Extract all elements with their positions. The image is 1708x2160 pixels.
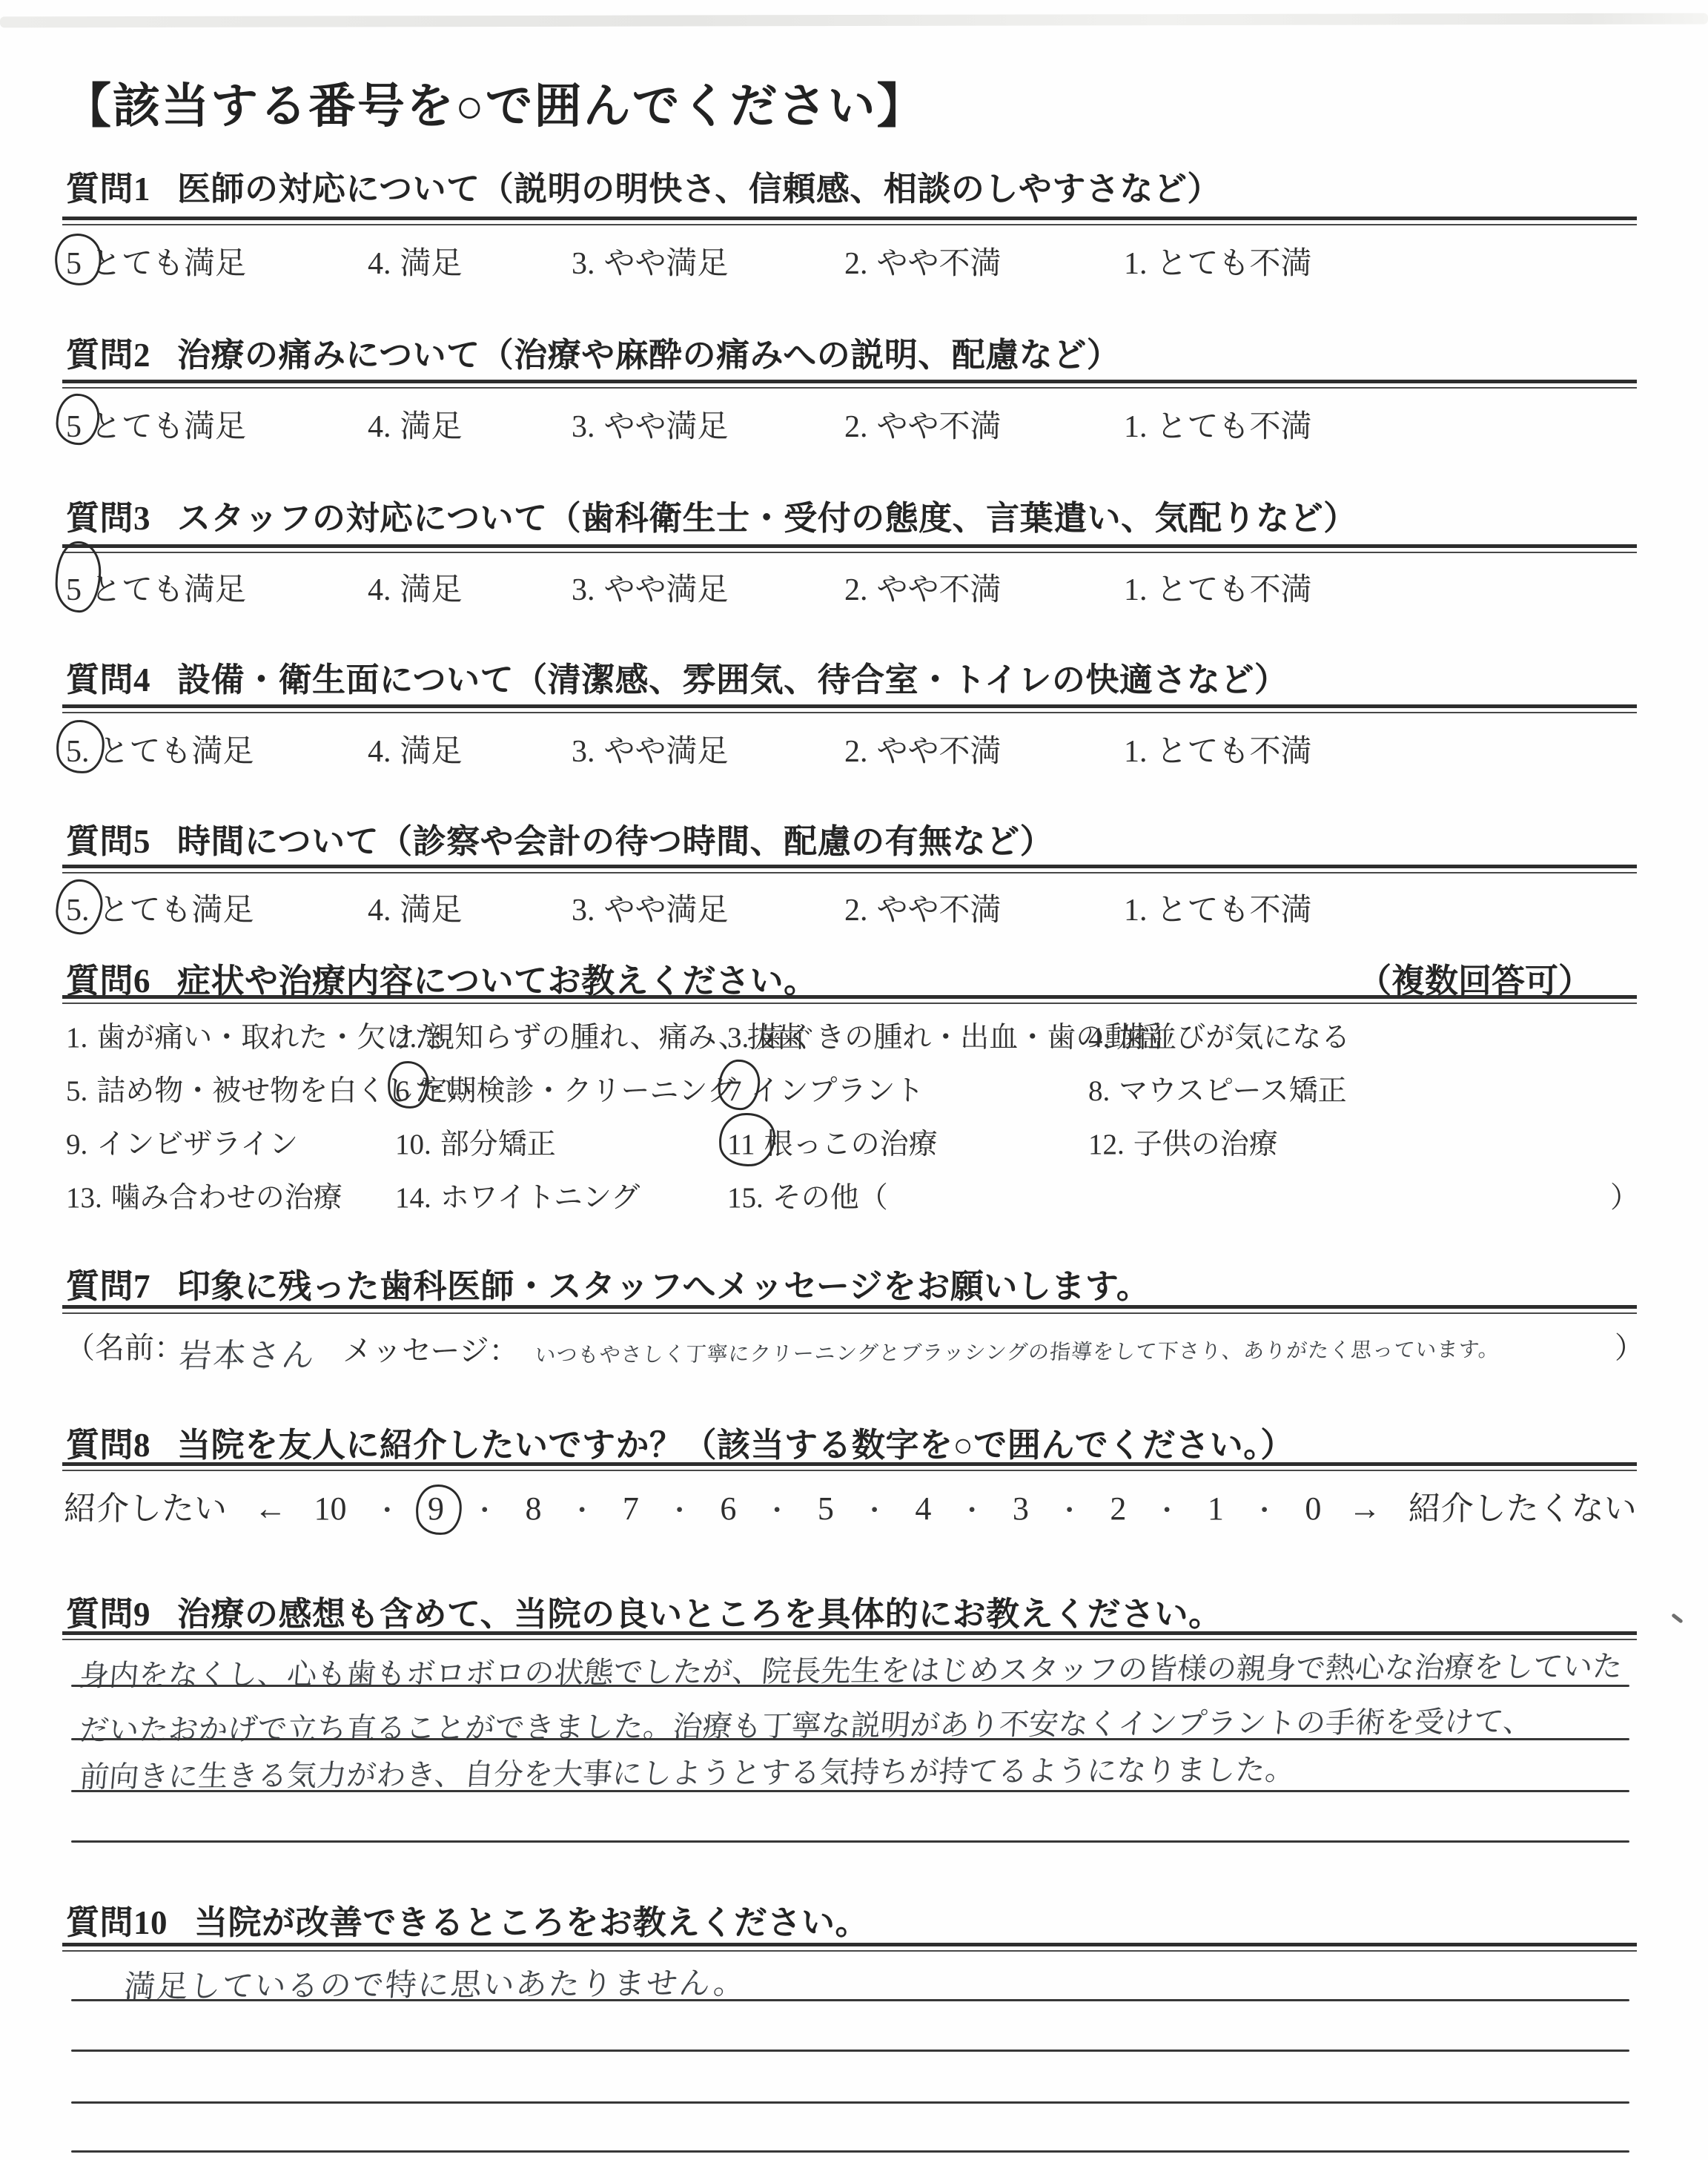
option-label: やや満足 (604, 735, 729, 769)
q7-close-paren: ） (1615, 1324, 1644, 1367)
q6-item-12: 12.子供の治療 (1088, 1121, 1278, 1163)
question-6-rule (62, 995, 1637, 1004)
question-5-number: 質問5 (66, 823, 150, 860)
scan-artifact-speck (1671, 1613, 1683, 1623)
question-9-text: 治療の感想も含めて、当院の良いところを具体的にお教えください。 (177, 1596, 1222, 1633)
q6-item-11: 11根っこの治療 (727, 1121, 938, 1163)
rating-option-3: 3.やや満足 (572, 885, 729, 930)
q7-name-handwritten: 岩本さん (177, 1328, 317, 1376)
item-label: 歯並びが気になる (1119, 1022, 1350, 1054)
question-2-header: 質問2治療の痛みについて（治療や麻酔の痛みへの説明、配慮など） (66, 328, 1120, 376)
item-label: 定期検診・クリーニング (419, 1075, 736, 1107)
option-label: やや満足 (604, 573, 729, 607)
q6-other-close-paren: ） (1610, 1175, 1639, 1216)
option-number: 1. (1124, 247, 1148, 281)
item-label: ホワイトニング (440, 1182, 640, 1214)
question-7-text: 印象に残った歯科医師・スタッフへメッセージをお願いします。 (177, 1268, 1150, 1305)
right-arrow-icon: → (1348, 1490, 1381, 1527)
question-5-text: 時間について（診察や会計の待つ時間、配慮の有無など） (177, 823, 1053, 860)
rating-option-3: 3.やや満足 (572, 565, 729, 610)
rating-option-2: 2.やや不満 (844, 727, 1002, 771)
question-3-options: 5とても満足 4.満足 3.やや満足 2.やや不満 1.とても不満 (0, 565, 1708, 610)
survey-title: 【該当する番号を○で囲んでください】 (64, 68, 926, 136)
dot-separator: ・ (1056, 1490, 1083, 1527)
option-number: 3. (572, 247, 595, 281)
item-number: 4. (1088, 1022, 1110, 1054)
answer-rule-line (71, 1999, 1629, 2001)
option-number: 4. (368, 573, 391, 607)
option-label: とても満足 (99, 894, 254, 928)
rating-option-2: 2.やや不満 (844, 239, 1002, 283)
question-6-row-3: 9.インビザライン 10.部分矯正 11根っこの治療 12.子供の治療 (0, 1121, 1708, 1163)
nps-9-selected: 9 (428, 1490, 444, 1527)
answer-rule-line (71, 2150, 1629, 2153)
nps-scale-row: 紹介したい ← 10 ・ 9 ・ 8 ・ 7 ・ 6 ・ 5 ・ 4 ・ 3 ・… (64, 1482, 1637, 1529)
rating-option-5: 5.とても満足 (66, 885, 254, 930)
question-4-number: 質問4 (66, 661, 150, 698)
option-number: 4. (368, 247, 391, 281)
q7-name-label: （名前： (65, 1324, 184, 1367)
option-number: 1. (1124, 410, 1148, 444)
dot-separator: ・ (374, 1490, 400, 1527)
item-label: 部分矯正 (440, 1129, 556, 1160)
rating-option-1: 1.とても不満 (1124, 727, 1312, 771)
q6-item-10: 10.部分矯正 (395, 1121, 556, 1163)
q6-item-14: 14.ホワイトニング (395, 1175, 640, 1216)
option-number: 2. (844, 894, 868, 928)
dot-separator: ・ (764, 1490, 790, 1527)
handdrawn-circle (414, 1483, 464, 1536)
option-label: とても不満 (1156, 247, 1312, 281)
handwritten-answer-line-2: だいたおかげで立ち直ることができました。治療も丁寧な説明があり不安なくインプラン… (78, 1698, 1535, 1749)
answer-rule-line (71, 2050, 1629, 2052)
option-number: 4. (368, 894, 391, 928)
option-label: とても満足 (90, 247, 246, 281)
nps-3: 3 (1013, 1490, 1029, 1527)
rating-option-3: 3.やや満足 (572, 402, 729, 446)
question-4-options: 5.とても満足 4.満足 3.やや満足 2.やや不満 1.とても不満 (0, 727, 1708, 771)
answer-rule-line (71, 1840, 1629, 1843)
q6-item-4: 4.歯並びが気になる (1088, 1014, 1350, 1056)
question-1-options: 5とても満足 4.満足 3.やや満足 2.やや不満 1.とても不満 (0, 239, 1708, 283)
handdrawn-circle (53, 877, 105, 937)
question-2-number: 質問2 (66, 337, 150, 374)
option-number: 1. (1124, 894, 1148, 928)
rating-option-2: 2.やや不満 (844, 565, 1002, 610)
question-1-text: 医師の対応について（説明の明快さ、信頼感、相談のしやすさなど） (177, 171, 1221, 208)
answer-rule-line (71, 1790, 1629, 1792)
nps-1: 1 (1208, 1490, 1224, 1527)
rating-option-4: 4.満足 (368, 565, 463, 610)
item-label: 子供の治療 (1133, 1129, 1278, 1160)
question-10-number: 質問10 (66, 1904, 168, 1941)
nps-left-label: 紹介したい (64, 1482, 227, 1529)
option-label: やや不満 (877, 410, 1002, 444)
question-6-row-4: 13.噛み合わせの治療 14.ホワイトニング 15.その他（ (0, 1175, 1708, 1216)
option-label: やや満足 (604, 247, 729, 281)
option-label: とても不満 (1156, 573, 1312, 607)
question-3-rule (62, 544, 1637, 553)
option-number: 2. (844, 573, 868, 607)
question-3-header: 質問3スタッフの対応について（歯科衛生士・受付の態度、言葉遣い、気配りなど） (66, 491, 1357, 539)
option-label: 満足 (400, 573, 463, 607)
nps-10: 10 (314, 1490, 346, 1527)
question-3-text: スタッフの対応について（歯科衛生士・受付の態度、言葉遣い、気配りなど） (177, 500, 1357, 537)
rating-option-1: 1.とても不満 (1124, 239, 1312, 283)
item-number: 8. (1088, 1075, 1110, 1107)
question-1-rule (62, 217, 1637, 225)
question-8-rule (62, 1462, 1637, 1471)
item-label: その他（ (772, 1182, 888, 1214)
question-5-rule (62, 865, 1637, 873)
item-label: 歯が痛い・取れた・欠けた (96, 1022, 443, 1054)
nps-right-label: 紹介したくない (1409, 1482, 1637, 1529)
q6-item-8: 8.マウスピース矯正 (1088, 1068, 1347, 1109)
question-2-options: 5とても満足 4.満足 3.やや満足 2.やや不満 1.とても不満 (0, 402, 1708, 446)
rating-option-3: 3.やや満足 (572, 727, 729, 771)
question-2-text: 治療の痛みについて（治療や麻酔の痛みへの説明、配慮など） (177, 337, 1120, 374)
option-number: 3. (572, 735, 595, 769)
option-label: やや不満 (877, 573, 1002, 607)
survey-scan-page: 【該当する番号を○で囲んでください】 質問1医師の対応について（説明の明快さ、信… (0, 0, 1708, 2160)
question-1-header: 質問1医師の対応について（説明の明快さ、信頼感、相談のしやすさなど） (66, 162, 1221, 210)
answer-rule-line (71, 1685, 1629, 1687)
option-number: 2. (844, 735, 868, 769)
option-label: やや満足 (604, 894, 729, 928)
option-label: やや満足 (604, 410, 729, 444)
item-label: マウスピース矯正 (1119, 1075, 1346, 1107)
dot-separator: ・ (861, 1490, 888, 1527)
item-number: 2. (395, 1022, 417, 1054)
option-label: 満足 (400, 894, 463, 928)
question-4-rule (62, 704, 1637, 713)
dot-separator: ・ (959, 1490, 985, 1527)
question-4-header: 質問4設備・衛生面について（清潔感、雰囲気、待合室・トイレの快適さなど） (66, 653, 1288, 701)
rating-option-5: 5とても満足 (66, 239, 246, 283)
item-number: 1. (66, 1022, 87, 1054)
item-number: 15. (727, 1182, 764, 1214)
scan-artifact-streak (0, 13, 1708, 28)
rating-option-4: 4.満足 (368, 239, 463, 283)
option-number: 3. (572, 410, 595, 444)
option-label: とても不満 (1156, 735, 1312, 769)
nps-0: 0 (1305, 1490, 1321, 1527)
option-label: とても不満 (1156, 894, 1312, 928)
item-number: 12. (1088, 1129, 1125, 1160)
item-label: 噛み合わせの治療 (111, 1182, 342, 1214)
option-label: とても満足 (90, 573, 246, 607)
question-5-options: 5.とても満足 4.満足 3.やや満足 2.やや不満 1.とても不満 (0, 885, 1708, 930)
option-label: やや不満 (877, 735, 1002, 769)
option-label: 満足 (400, 247, 463, 281)
nps-6: 6 (720, 1490, 736, 1527)
dot-separator: ・ (471, 1490, 498, 1527)
question-4-text: 設備・衛生面について（清潔感、雰囲気、待合室・トイレの快適さなど） (177, 661, 1288, 698)
question-10-header: 質問10当院が改善できるところをお教えください。 (66, 1895, 869, 1943)
nps-5: 5 (818, 1490, 834, 1527)
question-6-text: 症状や治療内容についてお教えください。 (177, 962, 818, 1000)
option-label: とても満足 (99, 735, 254, 769)
dot-separator: ・ (569, 1490, 595, 1527)
rating-option-4: 4.満足 (368, 885, 463, 930)
answer-rule-line (71, 1738, 1629, 1740)
item-number: 5. (66, 1075, 87, 1107)
dot-separator: ・ (1251, 1490, 1278, 1527)
option-number: 3. (572, 573, 595, 607)
question-10-rule (62, 1943, 1637, 1952)
item-number: 3. (727, 1022, 749, 1054)
item-number: 13. (66, 1182, 102, 1214)
question-7-rule (62, 1305, 1637, 1314)
item-label: インプラント (751, 1075, 924, 1107)
option-label: とても不満 (1156, 410, 1312, 444)
question-8-header: 質問8当院を友人に紹介したいですか？（該当する数字を○で囲んでください。） (66, 1418, 1294, 1466)
item-number: 10. (395, 1129, 431, 1160)
question-9-number: 質問9 (66, 1596, 150, 1633)
question-5-header: 質問5時間について（診察や会計の待つ時間、配慮の有無など） (66, 814, 1053, 862)
option-label: とても満足 (90, 410, 246, 444)
option-number: 3. (572, 894, 595, 928)
q6-item-6: 6定期検診・クリーニング (395, 1068, 736, 1109)
question-9-rule (62, 1631, 1637, 1640)
question-7-header: 質問7印象に残った歯科医師・スタッフへメッセージをお願いします。 (66, 1259, 1150, 1307)
option-number: 4. (368, 410, 391, 444)
answer-rule-line (71, 2101, 1629, 2104)
option-number: 1. (1124, 735, 1148, 769)
question-2-rule (62, 380, 1637, 389)
q6-item-15: 15.その他（ (727, 1175, 888, 1216)
left-arrow-icon: ← (254, 1490, 287, 1527)
rating-option-1: 1.とても不満 (1124, 565, 1312, 610)
question-8-number: 質問8 (66, 1427, 150, 1464)
rating-option-2: 2.やや不満 (844, 402, 1002, 446)
rating-option-5: 5とても満足 (66, 402, 246, 446)
question-3-number: 質問3 (66, 500, 150, 537)
question-6-number: 質問6 (66, 962, 150, 1000)
dot-separator: ・ (1153, 1490, 1180, 1527)
q6-item-1: 1.歯が痛い・取れた・欠けた (66, 1014, 443, 1056)
question-10-text: 当院が改善できるところをお教えください。 (194, 1904, 869, 1941)
question-9-header: 質問9治療の感想も含めて、当院の良いところを具体的にお教えください。 (66, 1587, 1222, 1635)
rating-option-1: 1.とても不満 (1124, 402, 1312, 446)
nps-8: 8 (525, 1490, 541, 1527)
rating-option-5: 5.とても満足 (66, 727, 254, 771)
option-number: 2. (844, 247, 868, 281)
question-6-row-1: 1.歯が痛い・取れた・欠けた 2.親知らずの腫れ、痛み、抜歯 3.歯ぐきの腫れ・… (0, 1014, 1708, 1056)
option-number: 1. (1124, 573, 1148, 607)
nps-7: 7 (623, 1490, 639, 1527)
rating-option-3: 3.やや満足 (572, 239, 729, 283)
q6-item-13: 13.噛み合わせの治療 (66, 1175, 342, 1216)
question-7-number: 質問7 (66, 1268, 150, 1305)
question-1-number: 質問1 (66, 171, 150, 208)
rating-option-5: 5とても満足 (66, 565, 246, 610)
option-number: 2. (844, 410, 868, 444)
item-label: 根っこの治療 (764, 1129, 938, 1160)
question-8-text: 当院を友人に紹介したいですか？（該当する数字を○で囲んでください。） (177, 1427, 1294, 1464)
item-label: インビザライン (96, 1129, 298, 1160)
option-label: やや不満 (877, 894, 1002, 928)
option-label: 満足 (400, 735, 463, 769)
item-number: 9. (66, 1129, 87, 1160)
option-label: やや不満 (877, 247, 1002, 281)
rating-option-4: 4.満足 (368, 402, 463, 446)
rating-option-4: 4.満足 (368, 727, 463, 771)
option-label: 満足 (400, 410, 463, 444)
item-number: 14. (395, 1182, 431, 1214)
rating-option-2: 2.やや不満 (844, 885, 1002, 930)
q6-item-7: 7インプラント (727, 1068, 924, 1109)
q7-message-handwritten: いつもやさしく丁寧にクリーニングとブラッシングの指導をして下さり、ありがたく思っ… (534, 1333, 1501, 1369)
rating-option-1: 1.とても不満 (1124, 885, 1312, 930)
dot-separator: ・ (666, 1490, 693, 1527)
q6-item-9: 9.インビザライン (66, 1121, 298, 1163)
option-number: 4. (368, 735, 391, 769)
nps-4: 4 (915, 1490, 931, 1527)
nps-2: 2 (1110, 1490, 1126, 1527)
q7-message-label: メッセージ： (342, 1327, 519, 1370)
question-6-row-2: 5.詰め物・被せ物を白くしたい 6定期検診・クリーニング 7インプラント 8.マ… (0, 1068, 1708, 1109)
handwritten-answer-line-3: 前向きに生きる気力がわき、自分を大事にしようとする気持ちが持てるようになりました… (78, 1746, 1297, 1796)
